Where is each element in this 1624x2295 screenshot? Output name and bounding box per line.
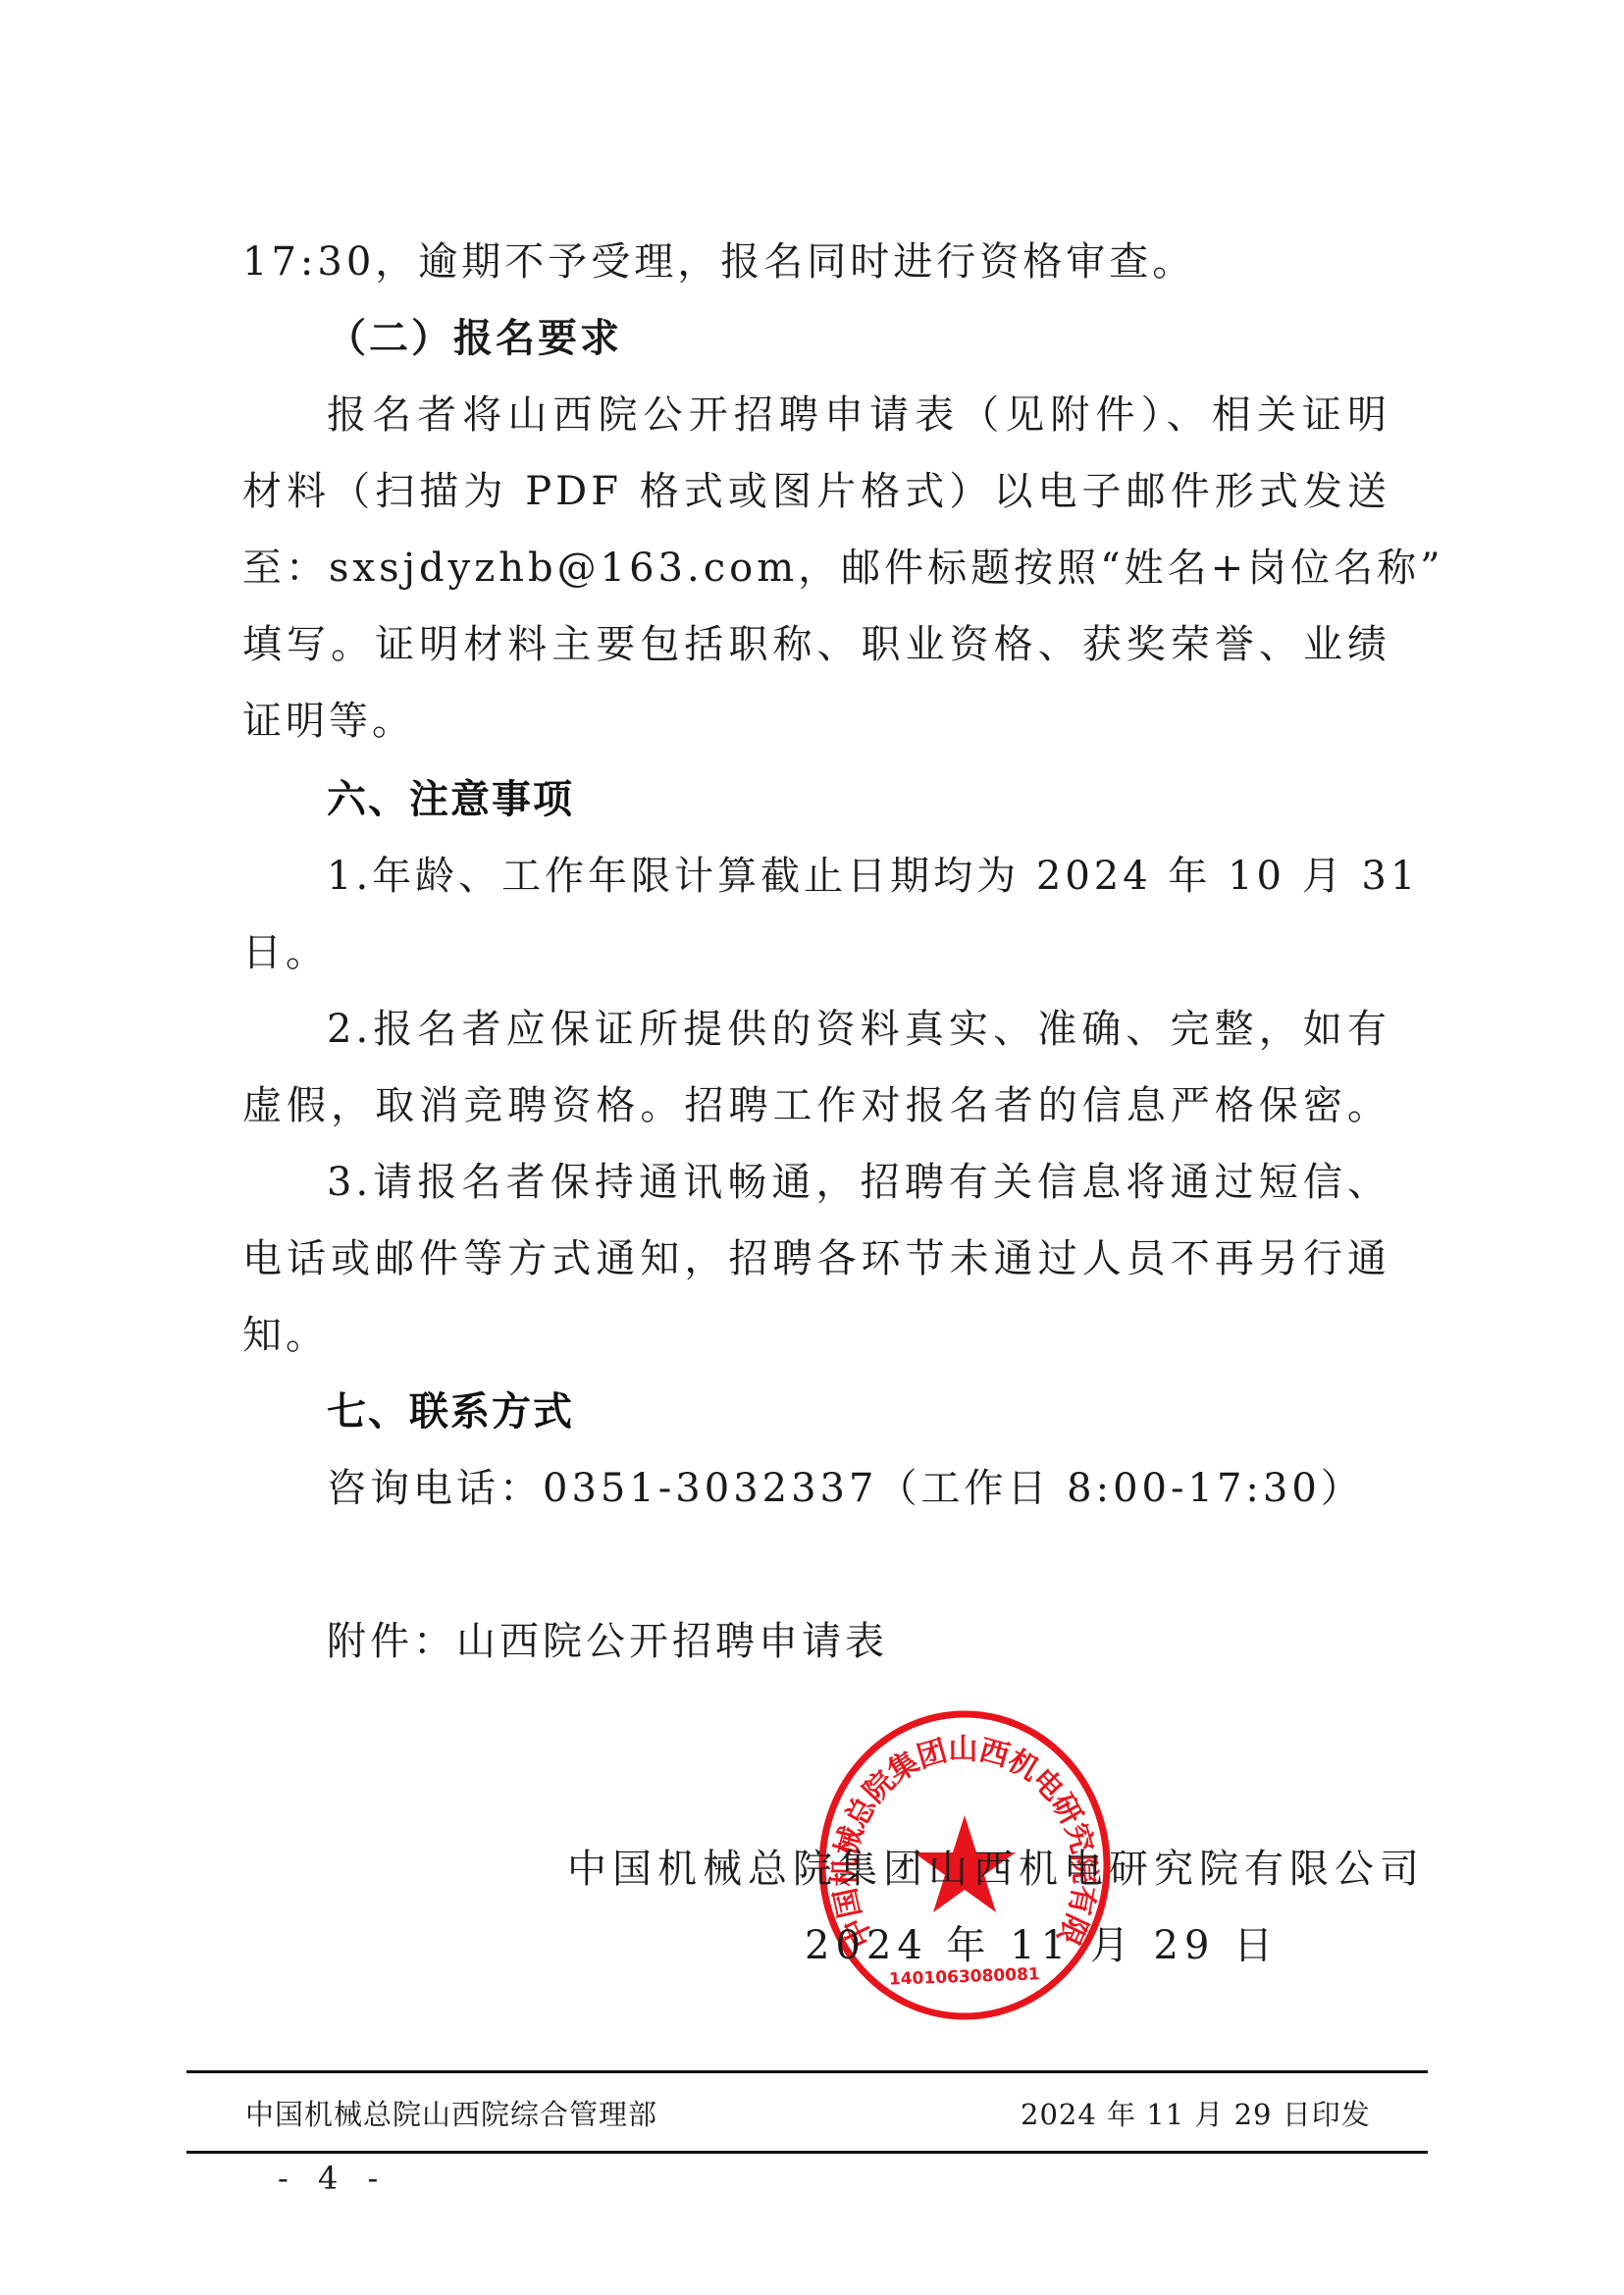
note-3-line-1: 3.请报名者保持通讯畅通，招聘有关信息将通过短信、: [327, 1158, 1390, 1207]
paragraph-line-email: 至：sxsjdyzhb@163.com，邮件标题按照“姓名+岗位名称”: [242, 544, 1390, 593]
footer-issuer: 中国机械总院山西院综合管理部: [245, 2097, 657, 2132]
signature-date: 2024 年 11 月 29 日: [805, 1921, 1279, 1970]
svg-text:中国机械总院集团山西机电研究院有限公司: 中国机械总院集团山西机电研究院有限公司: [803, 1683, 1102, 1953]
footer-issue-date: 2024 年 11 月 29 日印发: [1021, 2097, 1371, 2132]
note-1-line-1: 1.年龄、工作年限计算截止日期均为 2024 年 10 月 31: [327, 852, 1390, 901]
note-3-line-2: 电话或邮件等方式通知，招聘各环节未通过人员不再另行通: [242, 1234, 1390, 1283]
paragraph-line: 证明等。: [242, 697, 1390, 746]
note-1-line-2: 日。: [242, 928, 1390, 977]
note-2-line-1: 2.报名者应保证所提供的资料真实、准确、完整，如有: [327, 1005, 1390, 1054]
footer-bottom-rule: [186, 2151, 1428, 2154]
section-7-heading: 七、联系方式: [327, 1387, 1390, 1436]
paragraph-line: 报名者将山西院公开招聘申请表（见附件）、相关证明: [327, 391, 1390, 440]
page-number: - 4 -: [278, 2159, 388, 2198]
footer-top-rule: [186, 2070, 1428, 2073]
section-2-heading: （二）报名要求: [327, 314, 1390, 363]
continuation-line: 17:30，逾期不予受理，报名同时进行资格审查。: [242, 237, 1390, 287]
paragraph-line: 材料（扫描为 PDF 格式或图片格式）以电子邮件形式发送: [242, 467, 1390, 516]
document-page: 17:30，逾期不予受理，报名同时进行资格审查。 （二）报名要求 报名者将山西院…: [0, 0, 1624, 2295]
contact-phone: 咨询电话：0351-3032337（工作日 8:00-17:30）: [327, 1464, 1390, 1513]
section-6-heading: 六、注意事项: [327, 775, 1390, 824]
signature-organization: 中国机械总院集团山西机电研究院有限公司: [567, 1845, 1425, 1894]
attachment-line: 附件：山西院公开招聘申请表: [327, 1617, 1390, 1666]
paragraph-line: 填写。证明材料主要包括职称、职业资格、获奖荣誉、业绩: [242, 620, 1390, 669]
note-3-line-3: 知。: [242, 1311, 1390, 1360]
note-2-line-2: 虚假，取消竞聘资格。招聘工作对报名者的信息严格保密。: [242, 1081, 1390, 1130]
